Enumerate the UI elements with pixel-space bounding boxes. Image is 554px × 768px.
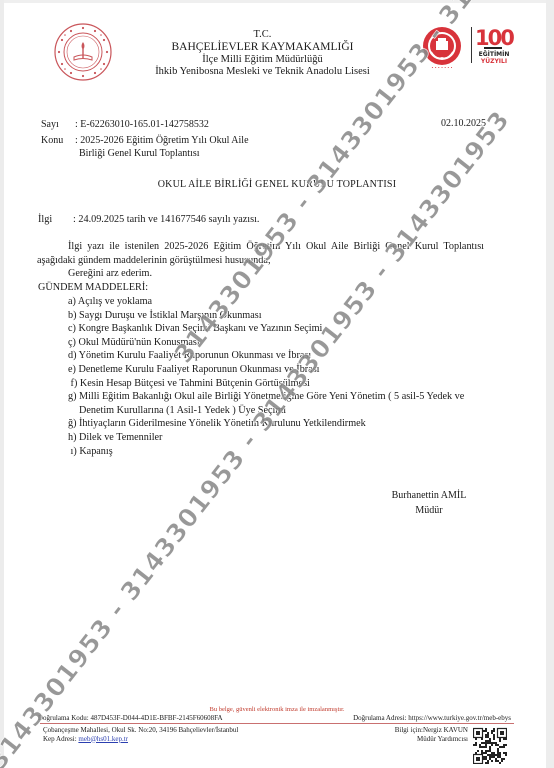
konu-value-line2: Birliği Genel Kurul Toplantısı [75, 148, 200, 159]
kep-email-link[interactable]: meb@hs01.kep.tr [78, 735, 128, 743]
agenda-heading: GÜNDEM MADDELERİ: [38, 281, 148, 295]
svg-text:• • • • • • •: • • • • • • • [431, 66, 452, 70]
sayi-row: Sayı: E-62263010-165.01-142758532 [41, 118, 209, 131]
education-century-logo-icon: 100 EĞİTİMİN YÜZYILI [474, 25, 514, 67]
agenda-item: c) Kongre Başkanlık Divan Seçimi Başkanı… [68, 322, 464, 336]
verification-address: Doğrulama Adresi: https://www.turkiye.go… [353, 714, 511, 722]
verification-code: Doğrulama Kodu: 487D453F-D044-4D1E-BFBF-… [38, 714, 223, 722]
footer-contact: Çobançeşme Mahallesi, Okul Sk. No:20, 34… [43, 726, 238, 743]
svg-text:YÜZYILI: YÜZYILI [480, 58, 507, 65]
agenda-item: ğ) İhtiyaçların Giderilmesine Yönelik Yö… [68, 417, 464, 431]
header-directorate: İlçe Milli Eğitim Müdürlüğü [140, 54, 385, 66]
letterhead: T.C. BAHÇELİEVLER KAYMAKAMLIĞI İlçe Mill… [140, 29, 385, 78]
signer-name: Burhanettin AMİL [374, 488, 484, 503]
info-role: Müdür Yardımcısı [395, 735, 468, 744]
logo-divider [471, 27, 472, 63]
qr-code-icon[interactable] [473, 727, 507, 764]
agenda-item: a) Açılış ve yoklama [68, 295, 464, 309]
kep-label: Kep Adresi: [43, 735, 78, 743]
meb-seal-icon [53, 22, 113, 82]
body-paragraph: İlgi yazı ile istenilen 2025-2026 Eğitim… [37, 240, 484, 267]
sayi-label: Sayı [41, 118, 75, 131]
signature-block: Burhanettin AMİL Müdür [374, 488, 484, 518]
page-edge-left [0, 0, 4, 768]
agenda-item: ı) Kapanış [68, 445, 464, 459]
header-district-governorship: BAHÇELİEVLER KAYMAKAMLIĞI [140, 41, 385, 53]
footer-divider [40, 723, 514, 724]
ilgi-value: : 24.09.2025 tarih ve 141677546 sayılı y… [73, 214, 259, 225]
agenda-item: f) Kesin Hesap Bütçesi ve Tahmini Bütçen… [68, 377, 464, 391]
esign-notice: Bu belge, güvenli elektronik imza ile im… [0, 706, 554, 713]
konu-label: Konu [41, 134, 75, 147]
info-contact: Bilgi için:Nergiz KAVUN [395, 726, 468, 735]
agenda-item-continuation: Denetim Kurullarına (1 Asil-1 Yedek ) Üy… [68, 404, 464, 418]
konu-row: Konu: 2025-2026 Eğitim Öğretim Yılı Okul… [41, 134, 249, 160]
agenda-item: d) Yönetim Kurulu Faaliyet Raporunun Oku… [68, 349, 464, 363]
agenda-item: ç) Okul Müdürü'nün Konuşması [68, 336, 464, 350]
ilgi-row: İlgi: 24.09.2025 tarih ve 141677546 sayı… [38, 213, 259, 227]
page-edge-top [0, 0, 554, 3]
agenda-item: b) Saygı Duruşu ve İstiklal Marşının Oku… [68, 309, 464, 323]
page-edge-right [546, 0, 554, 768]
header-tc: T.C. [140, 29, 385, 41]
agenda-item: g) Milli Eğitim Bakanlığı Okul aile Birl… [68, 390, 464, 404]
footer-info: Bilgi için:Nergiz KAVUN Müdür Yardımcısı [395, 726, 468, 743]
signer-title: Müdür [374, 503, 484, 518]
svg-text:100: 100 [475, 26, 514, 50]
header-school: İhkib Yenibosna Mesleki ve Teknik Anadol… [140, 66, 385, 78]
sayi-value: : E-62263010-165.01-142758532 [75, 119, 209, 130]
agenda-list: a) Açılış ve yoklama b) Saygı Duruşu ve … [68, 295, 464, 458]
ministry-emblem-icon: • • • • • • • [421, 25, 463, 71]
svg-text:EĞİTİMİN: EĞİTİMİN [479, 51, 510, 58]
document-date: 02.10.2025 [441, 118, 486, 129]
ilgi-label: İlgi [38, 213, 73, 227]
kep-row: Kep Adresi: meb@hs01.kep.tr [43, 735, 238, 744]
closing-line: Gereğini arz ederim. [68, 267, 152, 281]
agenda-item: h) Dilek ve Temenniler [68, 431, 464, 445]
school-address: Çobançeşme Mahallesi, Okul Sk. No:20, 34… [43, 726, 238, 735]
konu-value-line1: : 2025-2026 Eğitim Öğretim Yılı Okul Ail… [75, 135, 249, 146]
agenda-item: e) Denetleme Kurulu Faaliyet Raporunun O… [68, 363, 464, 377]
document-title: OKUL AİLE BİRLİĞİ GENEL KURULU TOPLANTIS… [0, 179, 554, 190]
document-page: T.C. BAHÇELİEVLER KAYMAKAMLIĞI İlçe Mill… [0, 0, 554, 768]
